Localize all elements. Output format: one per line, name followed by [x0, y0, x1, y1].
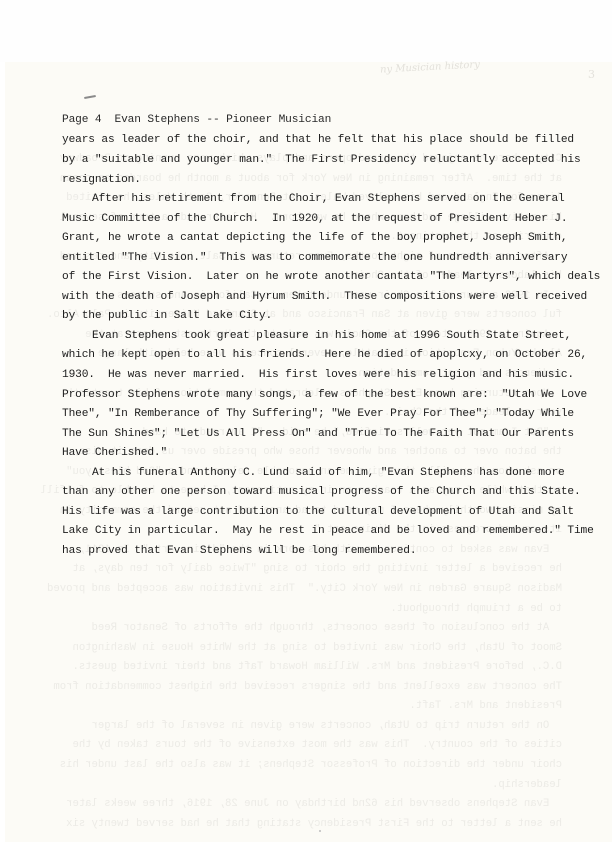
- paragraph: At his funeral Anthony C. Lund said of h…: [62, 464, 582, 562]
- text-line: Grant, he wrote a cantat depicting the l…: [62, 229, 582, 249]
- text-line: Music Committee of the Church. In 1920, …: [62, 210, 582, 230]
- paragraph: Evan Stephens took great pleasure in his…: [62, 327, 582, 464]
- text-line: Professor Stephens wrote many songs, a f…: [62, 386, 582, 406]
- text-line: 1930. He was never married. His first lo…: [62, 366, 582, 386]
- paragraph: After his retirement from the Choir, Eva…: [62, 190, 582, 327]
- text-line: than any other one person toward musical…: [62, 483, 582, 503]
- text-line: The Sun Shines"; "Let Us All Press On" a…: [62, 425, 582, 445]
- text-line: Thee", "In Remberance of Thy Suffering";…: [62, 405, 582, 425]
- text-line: by the public in Salt Lake City.: [62, 307, 582, 327]
- document-body: Page 4 Evan Stephens -- Pioneer Musician…: [62, 111, 582, 561]
- page-title: Evan Stephens -- Pioneer Musician: [115, 114, 332, 126]
- text-line: entitled "The Vision." This was to comme…: [62, 249, 582, 269]
- text-line: has proved that Evan Stephens will be lo…: [62, 542, 582, 562]
- text-line: resignation.: [62, 171, 582, 191]
- text-line: with the death of Joseph and Hyrum Smith…: [62, 288, 582, 308]
- page-corner-mark: 3: [588, 68, 595, 81]
- page-number: Page 4: [62, 114, 101, 126]
- text-line: At his funeral Anthony C. Lund said of h…: [62, 464, 582, 484]
- text-line: His life was a large contribution to the…: [62, 503, 582, 523]
- page-header: Page 4 Evan Stephens -- Pioneer Musician: [62, 111, 582, 131]
- text-line: by a "suitable and younger man." The Fir…: [62, 151, 582, 171]
- text-line: years as leader of the choir, and that h…: [62, 131, 582, 151]
- paragraph: years as leader of the choir, and that h…: [62, 131, 582, 190]
- scan-speck: [319, 830, 321, 832]
- text-line: Evan Stephens took great pleasure in his…: [62, 327, 582, 347]
- text-line: Lake City in particular. May he rest in …: [62, 522, 582, 542]
- text-line: Have Cherished.": [62, 444, 582, 464]
- text-line: of the First Vision. Later on he wrote a…: [62, 268, 582, 288]
- paragraphs: years as leader of the choir, and that h…: [62, 131, 582, 561]
- text-line: After his retirement from the Choir, Eva…: [62, 190, 582, 210]
- text-line: which he kept open to all his friends. H…: [62, 346, 582, 366]
- scan-top-margin: [0, 0, 612, 62]
